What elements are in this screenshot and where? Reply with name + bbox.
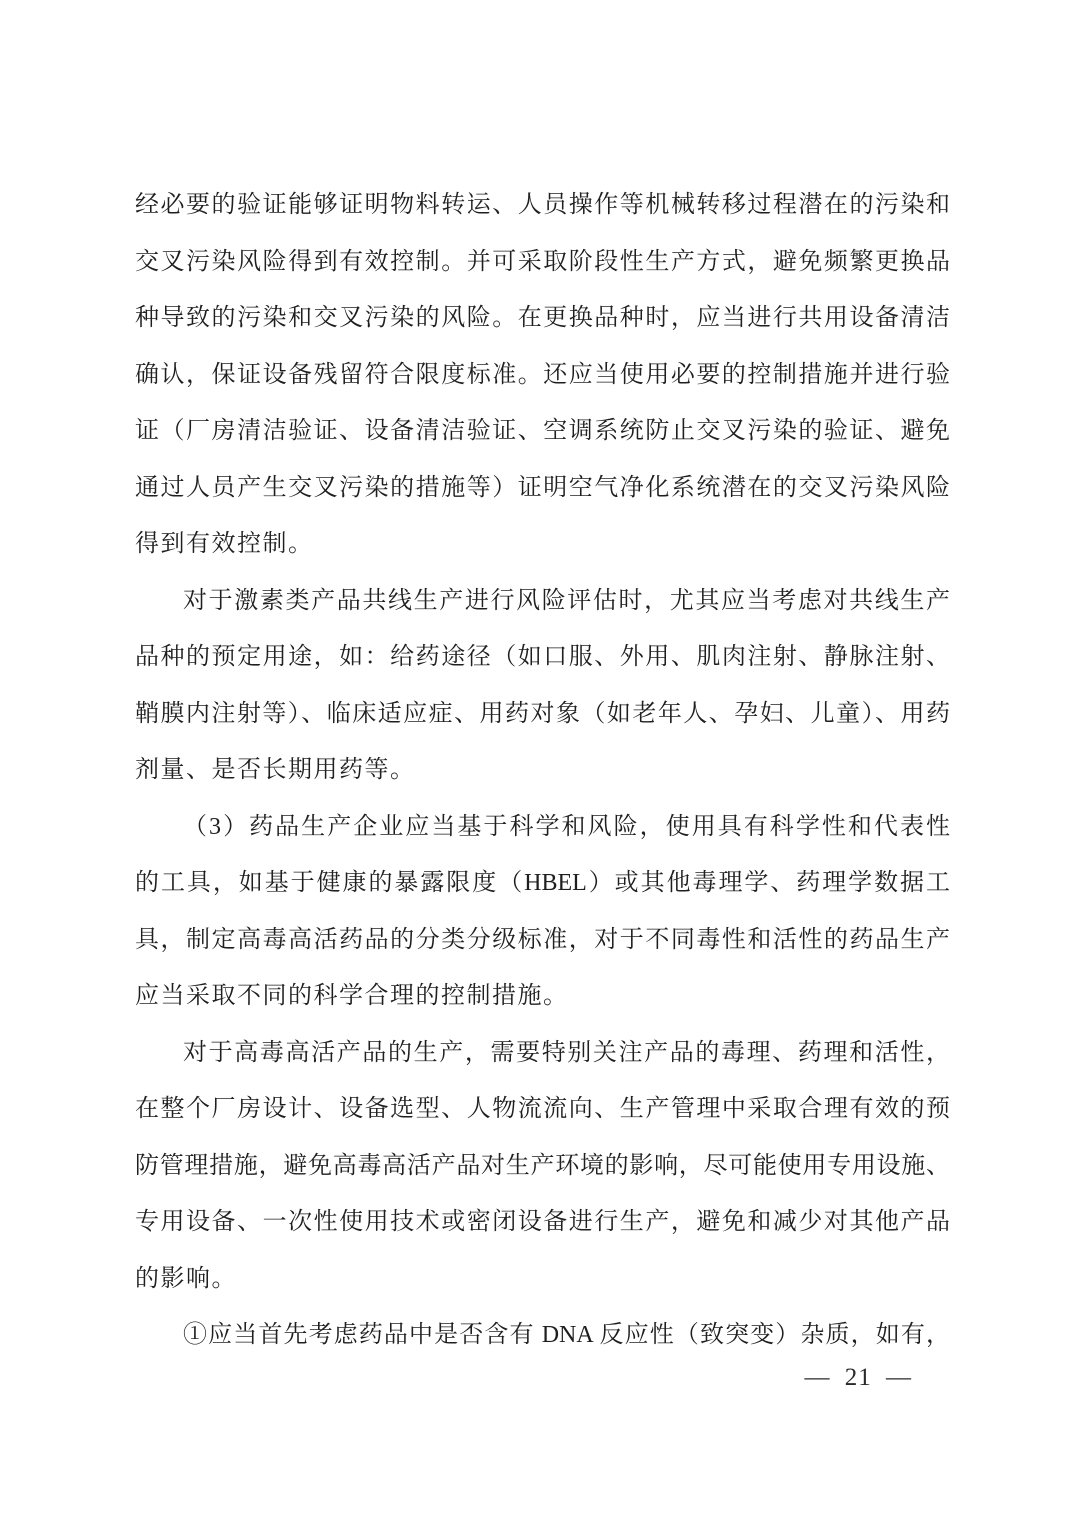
text-line: 应当采取不同的科学合理的控制措施。 <box>135 968 950 1025</box>
text-line: 的工具，如基于健康的暴露限度（HBEL）或其他毒理学、药理学数据工 <box>135 855 950 912</box>
text-block: 经必要的验证能够证明物料转运、人员操作等机械转移过程潜在的污染和交叉污染风险得到… <box>135 177 950 1364</box>
text-line: 在整个厂房设计、设备选型、人物流流向、生产管理中采取合理有效的预 <box>135 1081 950 1138</box>
paragraph: 经必要的验证能够证明物料转运、人员操作等机械转移过程潜在的污染和交叉污染风险得到… <box>135 177 950 573</box>
text-line: 的影响。 <box>135 1251 950 1308</box>
paragraph: （3）药品生产企业应当基于科学和风险，使用具有科学性和代表性的工具，如基于健康的… <box>135 799 950 1025</box>
page-number: — 21 — <box>805 1356 913 1400</box>
text-line: 对于高毒高活产品的生产，需要特别关注产品的毒理、药理和活性， <box>135 1025 950 1082</box>
text-line: 得到有效控制。 <box>135 516 950 573</box>
text-line: 交叉污染风险得到有效控制。并可采取阶段性生产方式，避免频繁更换品 <box>135 234 950 291</box>
text-line: 鞘膜内注射等）、临床适应症、用药对象（如老年人、孕妇、儿童）、用药 <box>135 686 950 743</box>
text-line: 证（厂房清洁验证、设备清洁验证、空调系统防止交叉污染的验证、避免 <box>135 403 950 460</box>
text-line: 通过人员产生交叉污染的措施等）证明空气净化系统潜在的交叉污染风险 <box>135 460 950 517</box>
text-line: 专用设备、一次性使用技术或密闭设备进行生产，避免和减少对其他产品 <box>135 1194 950 1251</box>
text-line: 对于激素类产品共线生产进行风险评估时，尤其应当考虑对共线生产 <box>135 573 950 630</box>
text-line: 品种的预定用途，如：给药途径（如口服、外用、肌肉注射、静脉注射、 <box>135 629 950 686</box>
text-line: 经必要的验证能够证明物料转运、人员操作等机械转移过程潜在的污染和 <box>135 177 950 234</box>
text-line: 确认，保证设备残留符合限度标准。还应当使用必要的控制措施并进行验 <box>135 347 950 404</box>
paragraph: 对于激素类产品共线生产进行风险评估时，尤其应当考虑对共线生产品种的预定用途，如：… <box>135 573 950 799</box>
text-line: 剂量、是否长期用药等。 <box>135 742 950 799</box>
text-line: 防管理措施，避免高毒高活产品对生产环境的影响，尽可能使用专用设施、 <box>135 1138 950 1195</box>
text-line: （3）药品生产企业应当基于科学和风险，使用具有科学性和代表性 <box>135 799 950 856</box>
text-line: 具，制定高毒高活药品的分类分级标准，对于不同毒性和活性的药品生产 <box>135 912 950 969</box>
document-page: 经必要的验证能够证明物料转运、人员操作等机械转移过程潜在的污染和交叉污染风险得到… <box>0 0 1080 1526</box>
paragraph: 对于高毒高活产品的生产，需要特别关注产品的毒理、药理和活性，在整个厂房设计、设备… <box>135 1025 950 1308</box>
text-line: 种导致的污染和交叉污染的风险。在更换品种时，应当进行共用设备清洁 <box>135 290 950 347</box>
